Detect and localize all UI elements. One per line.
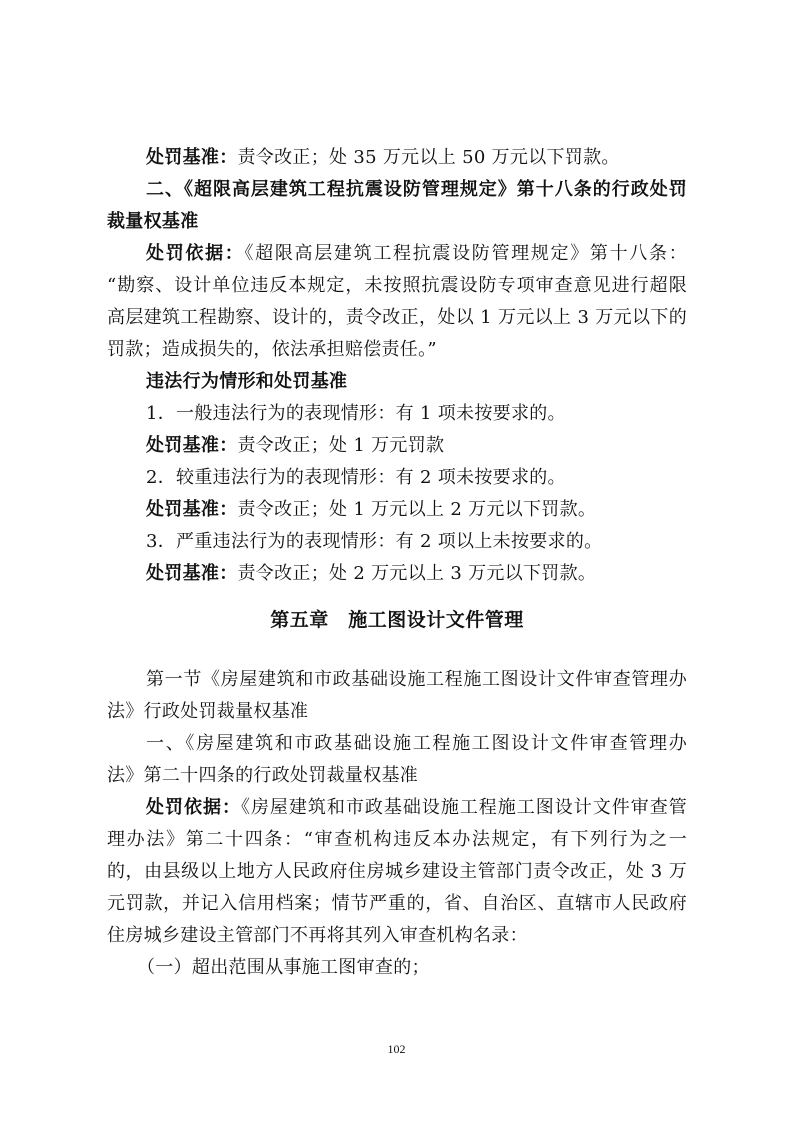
paragraph-line: 理办法》第二十四条：“审查机构违反本办法规定，有下列行为之一 <box>107 828 687 852</box>
subheading: 违法行为情形和处罚基准 <box>107 370 687 394</box>
list-item: 2．较重违法行为的表现情形：有 2 项未按要求的。 <box>107 466 687 490</box>
paragraph-line: 高层建筑工程勘察、设计的，责令改正，处以 1 万元以上 3 万元以下的 <box>107 306 687 330</box>
list-item: （一）超出范围从事施工图审查的； <box>107 956 678 980</box>
paragraph-line: 的，由县级以上地方人民政府住房城乡建设主管部门责令改正，处 3 万 <box>107 860 687 884</box>
paragraph-line: 住房城乡建设主管部门不再将其列入审查机构名录： <box>107 924 687 948</box>
paragraph-line: 处罚基准：责令改正；处 35 万元以上 50 万元以下罚款。 <box>107 146 687 170</box>
label-penalty-standard: 处罚基准： <box>146 563 238 584</box>
section-title-cont: 法》行政处罚裁量权基准 <box>107 700 687 724</box>
label-penalty-basis: 处罚依据： <box>146 243 244 264</box>
section-heading-cont: 裁量权基准 <box>107 210 687 234</box>
list-item: 3．严重违法行为的表现情形：有 2 项以上未按要求的。 <box>107 530 687 554</box>
chapter-title: 第五章 施工图设计文件管理 <box>107 605 687 632</box>
label-penalty-standard: 处罚基准： <box>146 147 238 168</box>
article-heading: 一、《房屋建筑和市政基础设施工程施工图设计文件审查管理办 <box>107 732 687 756</box>
paragraph-line: 处罚基准：责令改正；处 1 万元罚款 <box>107 434 687 458</box>
label-penalty-basis: 处罚依据： <box>146 797 241 818</box>
label-penalty-standard: 处罚基准： <box>146 499 238 520</box>
article-heading-cont: 法》第二十四条的行政处罚裁量权基准 <box>107 764 687 788</box>
paragraph-line: 罚款；造成损失的，依法承担赔偿责任。” <box>107 338 687 362</box>
page-number: 102 <box>0 1042 793 1057</box>
section-title: 第一节《房屋建筑和市政基础设施工程施工图设计文件审查管理办 <box>107 668 687 692</box>
label-penalty-standard: 处罚基准： <box>146 435 238 456</box>
list-item: 1．一般违法行为的表现情形：有 1 项未按要求的。 <box>107 402 687 426</box>
paragraph-line: 处罚依据：《超限高层建筑工程抗震设防管理规定》第十八条： <box>107 242 687 266</box>
paragraph-line: 处罚依据：《房屋建筑和市政基础设施工程施工图设计文件审查管 <box>107 796 687 820</box>
paragraph-line: 处罚基准：责令改正；处 1 万元以上 2 万元以下罚款。 <box>107 498 687 522</box>
paragraph-line: 元罚款，并记入信用档案；情节严重的，省、自治区、直辖市人民政府 <box>107 892 687 916</box>
section-heading: 二、《超限高层建筑工程抗震设防管理规定》第十八条的行政处罚 <box>107 178 687 202</box>
paragraph-line: 处罚基准：责令改正；处 2 万元以上 3 万元以下罚款。 <box>107 562 687 586</box>
paragraph-line: “勘察、设计单位违反本规定，未按照抗震设防专项审查意见进行超限 <box>107 274 687 298</box>
